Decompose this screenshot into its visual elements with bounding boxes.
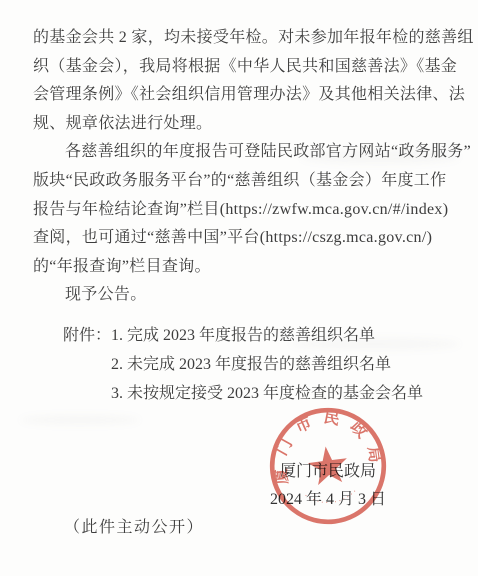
attachment-items: 1. 完成 2023 年度报告的慈善组织名单2. 未完成 2023 年度报告的慈… — [111, 322, 423, 408]
document-text-line: 规、规章依法进行处理。 — [33, 110, 460, 139]
publicity-note: （此件主动公开） — [64, 514, 204, 537]
document-text-line: 现予公告。 — [33, 281, 460, 310]
attachment-item: 1. 完成 2023 年度报告的慈善组织名单 — [111, 322, 423, 351]
document-body-lines: 的基金会共 2 家，均未接受年检。对未参加年报年检的慈善组织（基金会），我局将根… — [33, 24, 460, 310]
document-text-line: 版块“民政政务服务平台”的“慈善组织（基金会）年度工作 — [33, 167, 460, 196]
signature-block: 厦门市民政局 2024 年 4 月 3 日 — [238, 458, 418, 513]
document-text-line: 的基金会共 2 家，均未接受年检。对未参加年报年检的慈善组 — [33, 24, 460, 53]
issuer-name: 厦门市民政局 — [238, 458, 418, 486]
document-text-line: 报告与年检结论查询”栏目(https://zwfw.mca.gov.cn/#/i… — [33, 196, 460, 225]
document-text-line: 各慈善组织的年度报告可登陆民政部官方网站“政务服务” — [33, 138, 460, 167]
attachment-item: 3. 未按规定接受 2023 年度检查的基金会名单 — [111, 380, 423, 409]
document-text-line: 会管理条例》《社会组织信用管理办法》及其他相关法律、法 — [33, 81, 460, 110]
document-text-line: 织（基金会），我局将根据《中华人民共和国慈善法》《基金 — [33, 53, 460, 82]
attachment-item: 2. 未完成 2023 年度报告的慈善组织名单 — [111, 351, 423, 380]
scan-smudge — [20, 415, 140, 425]
scanned-document-page: 的基金会共 2 家，均未接受年检。对未参加年报年检的慈善组织（基金会），我局将根… — [0, 0, 478, 576]
document-text-line: 的“年报查询”栏目查询。 — [33, 253, 460, 282]
attachments-block: 附件： 1. 完成 2023 年度报告的慈善组织名单2. 未完成 2023 年度… — [63, 322, 423, 408]
issue-date: 2024 年 4 月 3 日 — [238, 486, 418, 514]
attachments-label: 附件： — [63, 322, 111, 351]
document-text-line: 查阅，也可通过“慈善中国”平台(https://cszg.mca.gov.cn/… — [33, 224, 460, 253]
